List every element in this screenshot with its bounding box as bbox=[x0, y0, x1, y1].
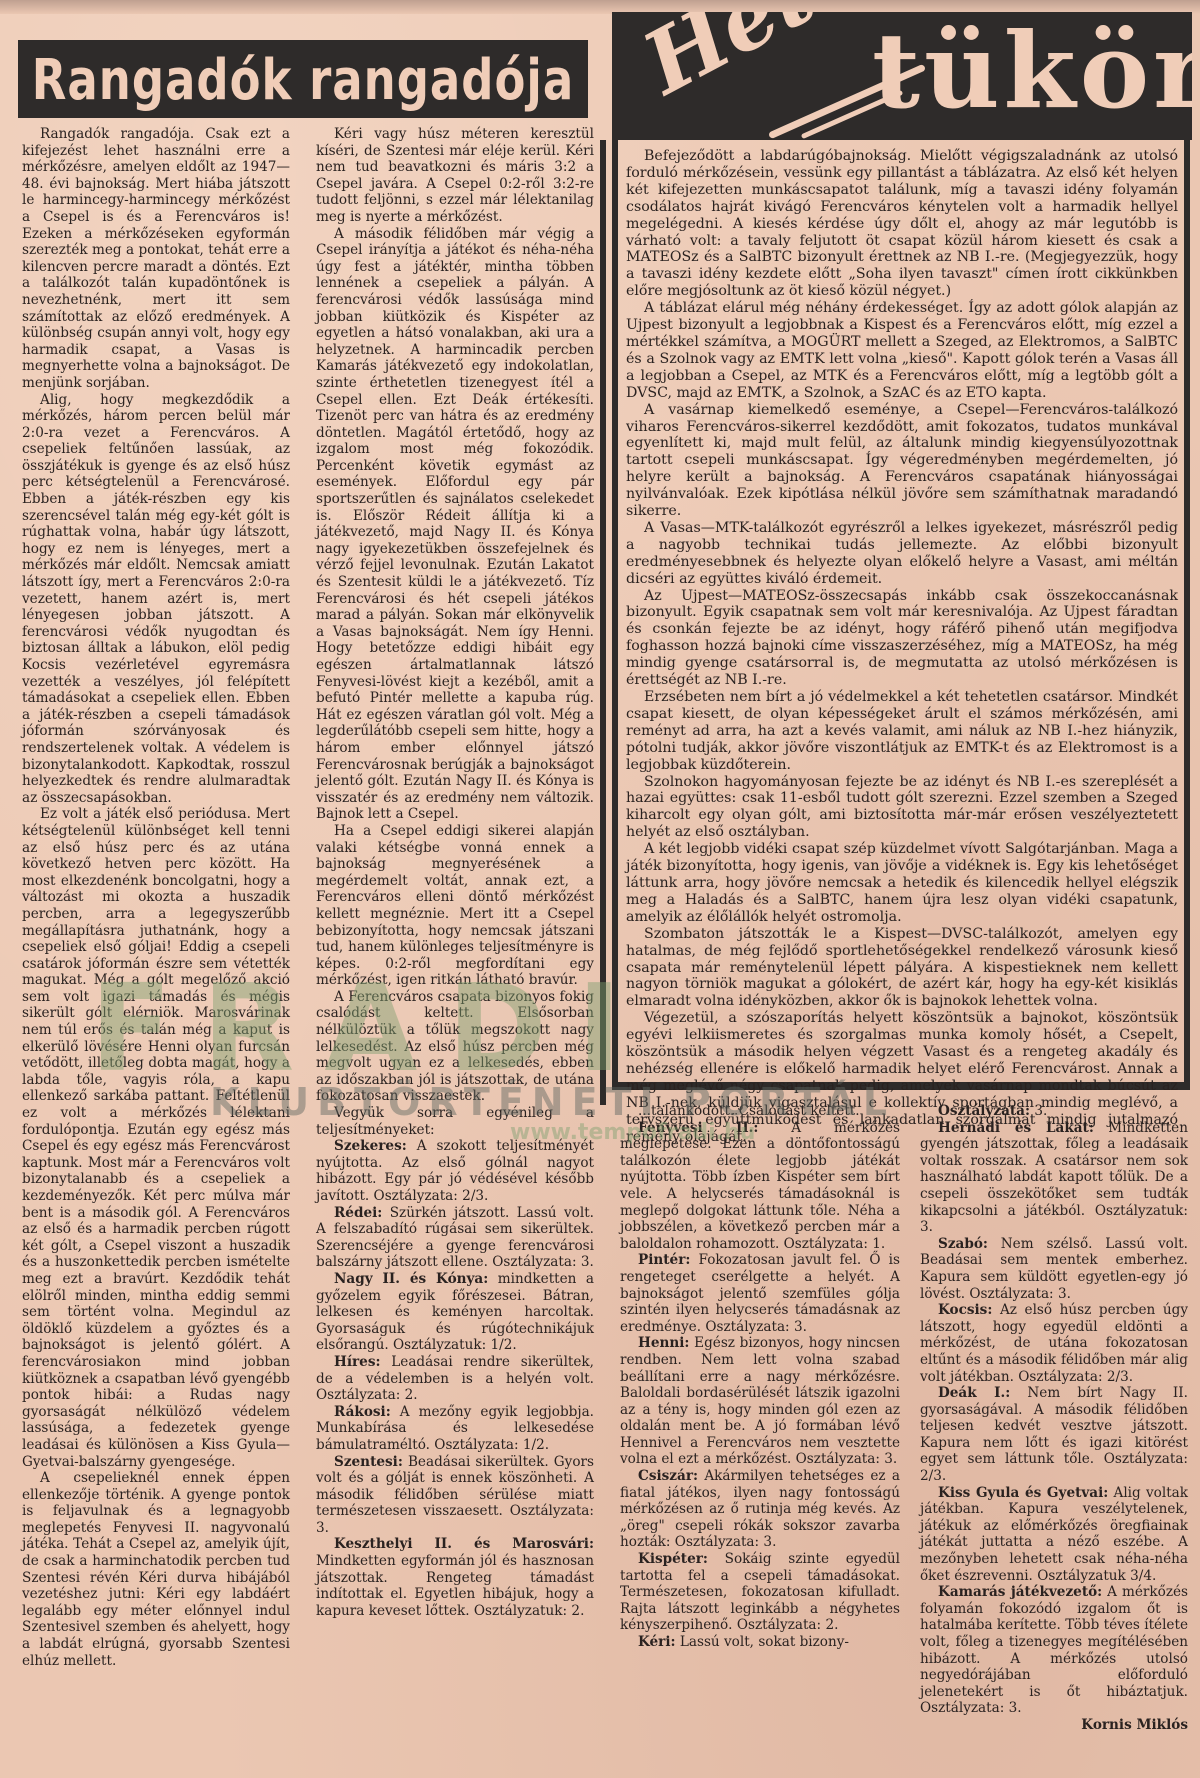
paragraph: Szentesi: Beadásai sikerültek. Gyors vol… bbox=[316, 1454, 594, 1537]
paragraph: Kamarás játékvezető: A mérkőzés folyamán… bbox=[920, 1584, 1188, 1717]
heti-tukor-body: Befejeződött a labdarúgóbajnokság. Mielő… bbox=[626, 148, 1178, 1145]
article-column-4: ...talankodott. Csalódást keltett.Fenyve… bbox=[620, 1103, 900, 1651]
paragraph: Fenyvesi II.: A mérkőzés meglepetése. Ez… bbox=[620, 1120, 900, 1253]
byline-author: Kornis Miklós bbox=[920, 1717, 1188, 1734]
paragraph: Szombaton játszották le a Kispest—DVSC-t… bbox=[626, 926, 1178, 1011]
paragraph: Híres: Leadásai rendre sikerültek, de a … bbox=[316, 1354, 594, 1404]
paragraph: Szabó: Nem szélső. Lassú volt. Beadásai … bbox=[920, 1236, 1188, 1302]
paragraph: A csepelieknél ennek éppen ellenkezője t… bbox=[22, 1470, 290, 1669]
paragraph: Nagy II. és Kónya: mindketten a győzelem… bbox=[316, 1271, 594, 1354]
paragraph: Kocsis: Az első húsz percben úgy látszot… bbox=[920, 1302, 1188, 1385]
paragraph: Osztályzata: 3. bbox=[920, 1103, 1188, 1120]
paragraph: Ez volt a játék első periódusa. Mert két… bbox=[22, 806, 290, 1470]
paragraph: ...talankodott. Csalódást keltett. bbox=[620, 1103, 900, 1120]
paragraph: A Ferencváros csapata bizonyos fokig csa… bbox=[316, 989, 594, 1105]
headline-heti-tukor: Heti tükör bbox=[612, 12, 1192, 140]
paragraph: A vasárnap kiemelkedő eseménye, a Csepel… bbox=[626, 402, 1178, 520]
paragraph: Keszthelyi II. és Marosvári: Mindketten … bbox=[316, 1536, 594, 1619]
paragraph: Rákosi: A mezőny egyik legjobbja. Munkab… bbox=[316, 1404, 594, 1454]
paragraph: Deák I.: Nem bírt Nagy II. gyorsaságával… bbox=[920, 1385, 1188, 1485]
paragraph: Kispéter: Sokáig szinte egyedül tartotta… bbox=[620, 1551, 900, 1634]
paragraph: Rédei: Szürkén játszott. Lassú volt. A f… bbox=[316, 1205, 594, 1271]
headline-text: Rangadók rangadója bbox=[32, 46, 574, 112]
paragraph: Hernádi és Lakat: Mindketten gyengén ját… bbox=[920, 1120, 1188, 1236]
paragraph: Kéri: Lassú volt, sokat bizony- bbox=[620, 1634, 900, 1651]
paragraph: Csiszár: Akármilyen tehetséges ez a fiat… bbox=[620, 1468, 900, 1551]
column-5-paragraphs: Osztályzata: 3.Hernádi és Lakat: Mindket… bbox=[920, 1103, 1188, 1717]
paragraph: A két legjobb vidéki csapat szép küzdelm… bbox=[626, 841, 1178, 926]
headline-tukor: tükör bbox=[872, 14, 1192, 128]
paragraph: Befejeződött a labdarúgóbajnokság. Mielő… bbox=[626, 148, 1178, 300]
paragraph: Ha a Csepel eddigi sikerei alapján valak… bbox=[316, 823, 594, 989]
article-column-5: Osztályzata: 3.Hernádi és Lakat: Mindket… bbox=[920, 1103, 1188, 1734]
article-column-2: Kéri vagy húsz méteren keresztül kíséri,… bbox=[316, 126, 594, 1619]
paragraph: Szekeres: A szokott teljesítményét nyújt… bbox=[316, 1138, 594, 1204]
paragraph: Kéri vagy húsz méteren keresztül kíséri,… bbox=[316, 126, 594, 226]
paragraph: Erzsébeten nem bírt a jó védelmekkel a k… bbox=[626, 689, 1178, 774]
newspaper-page: Rangadók rangadója Heti tükör Rangadók r… bbox=[0, 0, 1200, 1778]
paragraph: Szolnokon hagyományosan fejezte be az id… bbox=[626, 774, 1178, 842]
headline-heti: Heti bbox=[632, 12, 856, 108]
paragraph: Az Ujpest—MATEOSz-összecsapás inkább csa… bbox=[626, 588, 1178, 689]
paragraph: Kiss Gyula és Gyetvai: Alig voltak játék… bbox=[920, 1485, 1188, 1585]
column-divider bbox=[600, 140, 606, 1105]
paragraph: A táblázat elárul még néhány érdekessége… bbox=[626, 300, 1178, 401]
headline-rangadok: Rangadók rangadója bbox=[18, 40, 588, 118]
paragraph: Rangadók rangadója. Csak ezt a kifejezés… bbox=[22, 126, 290, 392]
paragraph: Henni: Egész bizonyos, hogy nincsen rend… bbox=[620, 1335, 900, 1468]
paragraph: Vegyük sorra egyénileg a teljesítményeke… bbox=[316, 1105, 594, 1138]
paragraph: A Vasas—MTK-találkozót egyrészről a lelk… bbox=[626, 520, 1178, 588]
article-column-1: Rangadók rangadója. Csak ezt a kifejezés… bbox=[22, 126, 290, 1669]
paragraph: Alig, hogy megkezdődik a mérkőzés, három… bbox=[22, 392, 290, 807]
paragraph: Pintér: Fokozatosan javult fel. Ő is ren… bbox=[620, 1252, 900, 1335]
paragraph: A második félidőben már végig a Csepel i… bbox=[316, 226, 594, 823]
